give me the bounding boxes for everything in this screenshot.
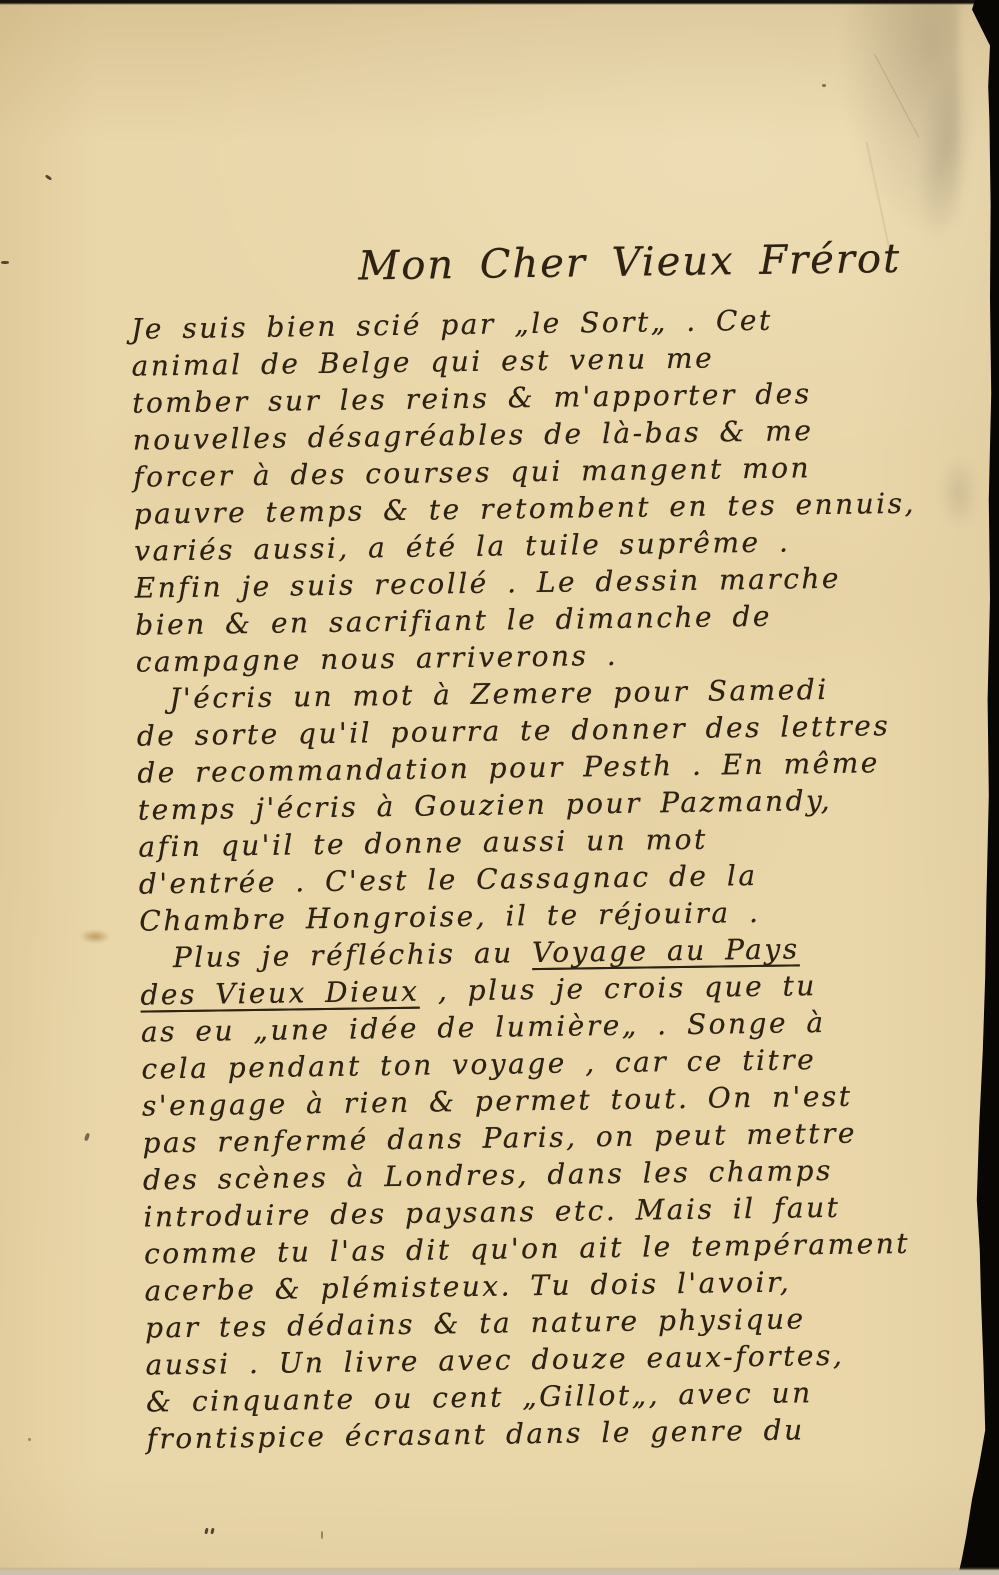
letter-salutation: Mon Cher Vieux Frérot xyxy=(358,235,981,310)
letter-line-text: afin qu'il te donne aussi un mot xyxy=(138,823,708,864)
letter-line-text: campagne nous arriverons . xyxy=(136,639,619,679)
ink-speck xyxy=(321,1531,323,1539)
ink-speck xyxy=(210,1528,214,1535)
paper-crease xyxy=(874,53,919,137)
ink-speck xyxy=(204,1528,208,1535)
letter-line-text: Plus je réfléchis au xyxy=(173,936,533,974)
scanned-letter-page: Mon Cher Vieux Frérot Je suis bien scié … xyxy=(0,0,999,1575)
letter-body: Je suis bien scié par „le Sort„ . Cetani… xyxy=(1,301,997,1462)
scan-edge-bottom xyxy=(0,1567,999,1575)
letter-paper: Mon Cher Vieux Frérot Je suis bien scié … xyxy=(0,0,999,1575)
letter-line-text: Je suis bien scié par „le Sort„ . Cet xyxy=(131,304,773,346)
letter-line-text: animal de Belge qui est venu me xyxy=(131,342,714,383)
letter-text-block: Mon Cher Vieux Frérot Je suis bien scié … xyxy=(0,235,997,1462)
underlined-title-text: Voyage au Pays xyxy=(532,932,800,969)
letter-line-text: , plus je crois que tu xyxy=(419,969,817,1008)
ink-speck xyxy=(45,174,52,180)
underlined-title-text: des Vieux Dieux xyxy=(140,975,419,1012)
ink-speck xyxy=(822,84,826,87)
scan-edge-top xyxy=(0,0,999,5)
